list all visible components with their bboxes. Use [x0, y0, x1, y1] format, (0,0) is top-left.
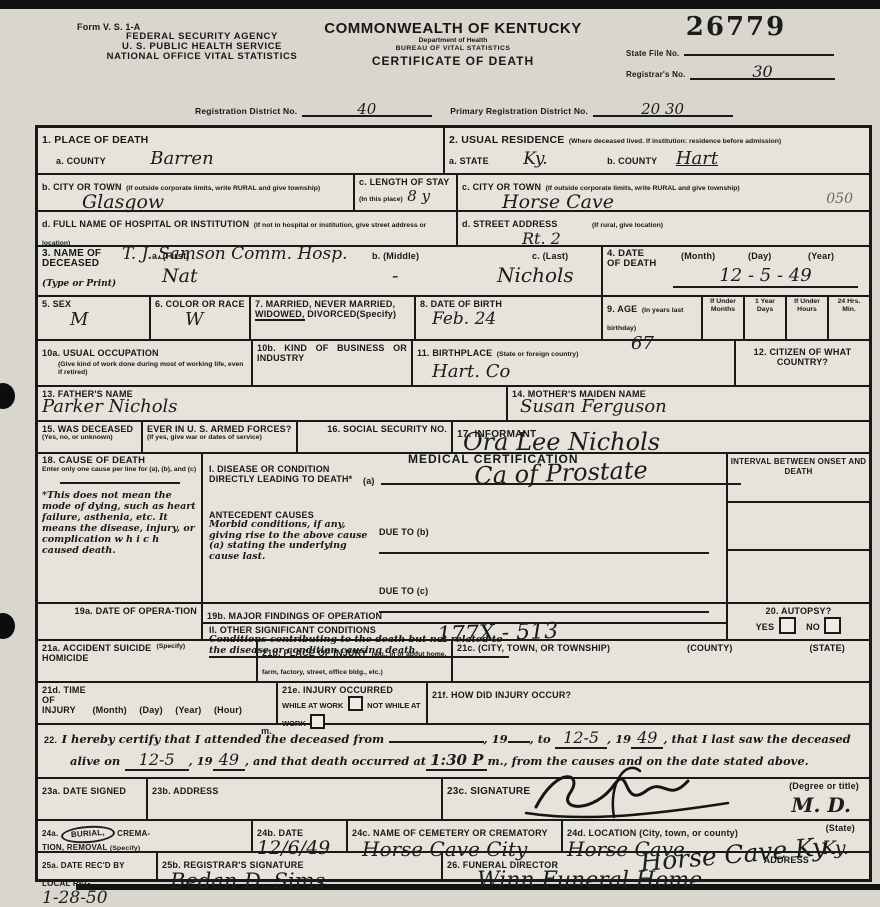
injury-c-county-label: (COUNTY) — [687, 643, 733, 653]
operation-date-label: 19a. DATE OF OPERA-TION — [42, 606, 197, 616]
injury-d-day: (Day) — [139, 705, 163, 715]
interval-column: INTERVAL BETWEEN ONSET AND DEATH — [728, 454, 869, 602]
marital-marked-widowed: WIDOWED, — [255, 309, 305, 321]
registrar-signature-value: Bedan D. Sims — [170, 869, 437, 893]
due-to-b-field — [379, 540, 709, 554]
certify-num: 22. — [44, 735, 57, 745]
primary-district-value: 20 30 — [641, 100, 684, 118]
cause-a-label: (a) — [363, 476, 375, 486]
commonwealth-title: COMMONWEALTH OF KENTUCKY — [303, 20, 603, 37]
last-name-label: c. (Last) — [532, 251, 568, 261]
injury-a-note: (Specify) — [156, 643, 185, 650]
primary-district-field: 20 30 — [593, 100, 733, 117]
last-name-value: Nichols — [497, 263, 574, 287]
received-label: 25a. DATE REC'D BY LOCAL REG. — [42, 861, 125, 888]
county-label: a. COUNTY — [56, 156, 106, 166]
occupation-label: 10a. USUAL OCCUPATION — [42, 348, 159, 358]
cause-a-value: Ca of Prostate — [381, 453, 742, 494]
registration-district-label: Registration District No. — [195, 106, 297, 116]
injury-d-label: 21d. TIME OF INJURY — [42, 685, 88, 715]
state-file-stamp-number: 26779 — [686, 12, 786, 42]
attended-to-value: 12-5 — [555, 728, 607, 749]
date-signed-label: 23a. DATE SIGNED — [42, 786, 126, 796]
injury-f-label: 21f. HOW DID INJURY OCCUR? — [432, 690, 571, 700]
stay-note: (In this place) — [359, 196, 403, 203]
certify-text-2: , 19 — [484, 732, 508, 746]
ssn-label: 16. SOCIAL SECURITY NO. — [302, 424, 447, 434]
injury-a-label: 21a. ACCIDENT SUICIDE HOMICIDE — [42, 643, 152, 663]
armed-forces-label: 15. WAS DECEASED — [42, 424, 137, 434]
certify-text-7: , 19 — [189, 754, 213, 768]
autopsy-yes-label: YES — [756, 622, 775, 632]
field-injury-occurred: 21e. INJURY OCCURRED WHILE AT WORK NOT W… — [278, 683, 428, 723]
autopsy-no-checkbox — [824, 617, 841, 634]
cause-divider — [60, 482, 180, 484]
department-line: Department of Health — [303, 37, 603, 45]
year-col-label: (Year) — [808, 251, 834, 261]
mother-value: Susan Ferguson — [520, 396, 865, 417]
certify-text-8: , and that death occurred at — [245, 754, 426, 768]
degree-value: M. D. — [791, 793, 851, 817]
armed-forces-note: (Yes, no, or unknown) — [42, 434, 137, 442]
field-place-of-death-county: 1. PLACE OF DEATH a. COUNTY Barren — [38, 128, 445, 173]
residence-county-value: Hart — [676, 148, 718, 169]
burial-rest2: TION, REMOVAL — [42, 843, 107, 852]
age-col-days: 1 Year Days — [745, 297, 787, 339]
field-armed-forces: EVER IN U. S. ARMED FORCES? (If yes, giv… — [143, 422, 298, 452]
field-citizen-country: 12. CITIZEN OF WHAT COUNTRY? — [736, 341, 869, 385]
field-burial-cremation-removal: 24a. BURIAL, CREMA- TION, REMOVAL (Speci… — [38, 821, 253, 851]
registration-district-field: 40 — [302, 100, 432, 117]
occupation-note: (Give kind of work done during most of w… — [58, 361, 247, 376]
usual-residence-heading: 2. USUAL RESIDENCE — [449, 134, 564, 146]
autopsy-yes-checkbox — [779, 617, 796, 634]
field-burial-date: 24b. DATE 12/6/49 — [253, 821, 348, 851]
burial-note: (Specify) — [110, 845, 141, 852]
injury-d-month: (Month) — [92, 705, 126, 715]
industry-label: 10b. KIND OF BUSINESS OR INDUSTRY — [257, 343, 407, 363]
field-injury-city-county-state: 21c. (CITY, TOWN, OR TOWNSHIP) (COUNTY) … — [453, 641, 869, 681]
certificate-form: 1. PLACE OF DEATH a. COUNTY Barren 2. US… — [35, 125, 872, 882]
death-certificate-scan: Form V. S. 1-A FEDERAL SECURITY AGENCY U… — [0, 0, 880, 907]
armed-forces-label2: EVER IN U. S. ARMED FORCES? — [147, 424, 292, 434]
residence-state-value: Ky. — [523, 149, 547, 169]
field-date-of-operation: 19a. DATE OF OPERA-TION — [38, 604, 203, 639]
residence-city-code: 050 — [826, 191, 853, 213]
age-col-months: If Under Months — [703, 297, 745, 339]
scan-top-black-bar — [0, 0, 880, 9]
bureau-line: BUREAU OF VITAL STATISTICS — [303, 45, 603, 53]
field-cemetery-name: 24c. NAME OF CEMETERY OR CREMATORY Horse… — [348, 821, 563, 851]
field-business-industry: 10b. KIND OF BUSINESS OR INDUSTRY — [253, 341, 413, 385]
father-value: Parker Nichols — [42, 396, 502, 417]
field-autopsy: 20. AUTOPSY? YES NO — [728, 604, 869, 639]
residence-state-label: a. STATE — [449, 156, 489, 166]
date-of-death-value: 12 - 5 - 49 — [673, 265, 858, 288]
injury-c-state-label: (STATE) — [809, 643, 845, 653]
field-social-security-no: 16. SOCIAL SECURITY NO. — [298, 422, 453, 452]
not-while-at-work-checkbox — [310, 714, 325, 729]
field-length-of-stay: c. LENGTH OF STAY (In this place) 8 y — [355, 175, 458, 210]
to-year-value: 49 — [631, 728, 663, 749]
field-how-injury-occurred: 21f. HOW DID INJURY OCCUR? — [428, 683, 869, 723]
first-name-value: Nat — [162, 265, 198, 287]
field-accident-suicide-homicide: 21a. ACCIDENT SUICIDE HOMICIDE (Specify) — [38, 641, 258, 681]
street-note: (If rural, give location) — [592, 222, 663, 229]
age-col-days-bottom: Days — [745, 306, 785, 314]
race-label: 6. COLOR OR RACE — [155, 299, 245, 309]
field-residence-city: c. CITY OR TOWN (If outside corporate li… — [458, 175, 869, 210]
middle-name-label: b. (Middle) — [372, 251, 419, 261]
field-date-received: 25a. DATE REC'D BY LOCAL REG. 1-28-50 — [38, 853, 158, 879]
field-age: 9. AGE (In years last birthday) 67 — [603, 297, 703, 339]
due-to-c-label: DUE TO (c) — [379, 586, 428, 596]
field-time-of-injury: 21d. TIME OF INJURY (Month) (Day) (Year)… — [38, 683, 278, 723]
injury-d-year: (Year) — [175, 705, 201, 715]
certify-text-4: , 19 — [607, 732, 631, 746]
certify-text-5: , that I last saw the deceased — [663, 732, 850, 746]
name-subnote: (Type or Print) — [42, 279, 152, 289]
first-name-label: a. (First) — [152, 251, 190, 261]
name-heading: 3. NAME OF DECEASED — [42, 249, 152, 269]
birthplace-label: 11. BIRTHPLACE — [417, 348, 492, 358]
age-col-min: 24 Hrs. Min. — [829, 297, 869, 339]
marital-label-rest: DIVORCED(Specify) — [305, 309, 397, 319]
age-under-columns: If Under Months 1 Year Days If Under Hou… — [703, 297, 869, 339]
field-date-of-death: 4. DATE OF DEATH (Month) (Day) (Year) 12… — [603, 247, 869, 295]
injury-d-meridiem: m. — [42, 726, 272, 736]
birth-date-value: Feb. 24 — [432, 309, 597, 329]
field-fathers-name: 13. FATHER'S NAME Parker Nichols — [38, 387, 508, 420]
residence-city-value: Horse Cave — [502, 191, 614, 213]
field-hospital-name: d. FULL NAME OF HOSPITAL OR INSTITUTION … — [38, 212, 458, 245]
residence-county-label: b. COUNTY — [607, 156, 657, 166]
field-registrar-signature: 25b. REGISTRAR'S SIGNATURE Bedan D. Sims — [158, 853, 443, 879]
field-date-of-birth: 8. DATE OF BIRTH Feb. 24 — [416, 297, 603, 339]
armed-forces-note2: (If yes, give war or dates of service) — [147, 434, 292, 442]
field-city-or-town: b. CITY OR TOWN (If outside corporate li… — [38, 175, 355, 210]
stay-label: c. LENGTH OF STAY — [359, 177, 452, 187]
hole-punch-mark — [0, 383, 15, 409]
age-col-months-top: If Under — [703, 298, 743, 306]
age-col-hours: If Under Hours — [787, 297, 829, 339]
street-label: d. STREET ADDRESS — [462, 219, 558, 229]
certificate-title: CERTIFICATE OF DEATH — [303, 54, 603, 68]
autopsy-no-label: NO — [806, 622, 820, 632]
age-col-hours-top: If Under — [787, 298, 827, 306]
field-birthplace: 11. BIRTHPLACE (State or foreign country… — [413, 341, 736, 385]
age-label: 9. AGE — [607, 304, 637, 314]
field-name-of-deceased: 3. NAME OF DECEASED (Type or Print) a. (… — [38, 247, 603, 295]
hole-punch-mark — [0, 613, 15, 639]
field-mothers-maiden-name: 14. MOTHER'S MAIDEN NAME Susan Ferguson — [508, 387, 869, 420]
marital-label-line1: 7. MARRIED, NEVER MARRIED, — [255, 299, 410, 309]
state-file-no-field — [684, 42, 834, 56]
cause-note: Enter only one cause per line for (a), (… — [42, 466, 197, 474]
registrar-no-value: 30 — [752, 62, 772, 81]
signer-address-label: 23b. ADDRESS — [152, 786, 219, 796]
interval-label: INTERVAL BETWEEN ONSET AND DEATH — [728, 454, 869, 503]
hospital-label: d. FULL NAME OF HOSPITAL OR INSTITUTION — [42, 219, 249, 229]
field-cause-of-death-sidebar: 18. CAUSE OF DEATH Enter only one cause … — [38, 454, 203, 602]
while-at-work-checkbox — [348, 696, 363, 711]
registrar-no-field: 30 — [690, 62, 835, 80]
informant-value: Ora Lee Nichols — [463, 428, 660, 456]
cause-a-field: Ca of Prostate — [381, 459, 741, 485]
age-col-months-bottom: Months — [703, 306, 743, 314]
street-value: Rt. 2 — [522, 229, 865, 248]
received-value: 1-28-50 — [42, 888, 152, 907]
state-file-no-label: State File No. — [626, 49, 679, 58]
field-date-signed: 23a. DATE SIGNED — [38, 779, 148, 819]
alive-on-value: 12-5 — [125, 750, 189, 771]
field-sex: 5. SEX M — [38, 297, 151, 339]
field-street-address: d. STREET ADDRESS (If rural, give locati… — [458, 212, 869, 245]
injury-e-opt1-label: WHILE AT WORK — [282, 701, 343, 710]
field-major-findings: 19b. MAJOR FINDINGS OF OPERATION 177X - … — [203, 604, 728, 639]
interval-row-b — [728, 503, 869, 551]
birthplace-value: Hart. Co — [432, 361, 730, 382]
birth-date-label: 8. DATE OF BIRTH — [420, 299, 597, 309]
agency-line-3: NATIONAL OFFICE VITAL STATISTICS — [77, 52, 327, 62]
death-hour-value: 1:30 P — [426, 751, 487, 771]
citizen-label: 12. CITIZEN OF WHAT COUNTRY? — [740, 347, 865, 367]
certify-text-6: alive on — [70, 754, 120, 768]
injury-b-label: 21b. PLACE OF INJURY — [262, 648, 367, 658]
usual-residence-note: (Where deceased lived. If institution: r… — [569, 138, 781, 145]
age-col-hours-bottom: Hours — [787, 306, 827, 314]
day-col-label: (Day) — [748, 251, 772, 261]
burial-rest1: CREMA- — [117, 829, 150, 838]
field-marital-status: 7. MARRIED, NEVER MARRIED, WIDOWED, DIVO… — [251, 297, 416, 339]
field-color-or-race: 6. COLOR OR RACE W — [151, 297, 251, 339]
birthplace-note: (State or foreign country) — [497, 351, 579, 358]
field-usual-occupation: 10a. USUAL OCCUPATION (Give kind of work… — [38, 341, 253, 385]
injury-e-label: 21e. INJURY OCCURRED — [282, 685, 422, 695]
stay-value: 8 y — [407, 187, 430, 205]
burial-circled-word: BURIAL, — [60, 824, 115, 845]
certify-text-3: , to — [530, 732, 551, 746]
burial-num: 24a. — [42, 829, 58, 838]
sex-label: 5. SEX — [42, 299, 145, 309]
injury-c-label: 21c. (CITY, TOWN, OR TOWNSHIP) — [457, 643, 610, 653]
due-to-b-label: DUE TO (b) — [379, 527, 429, 537]
age-col-min-bottom: Min. — [829, 306, 869, 314]
middle-name-value: - — [392, 265, 398, 287]
degree-or-title-label: (Degree or title) — [789, 781, 859, 791]
sex-value: M — [70, 309, 145, 330]
primary-district-label: Primary Registration District No. — [450, 106, 588, 116]
attended-from-field — [389, 729, 484, 743]
place-of-death-heading: 1. PLACE OF DEATH — [42, 134, 148, 146]
field-informant: 17. INFORMANT Ora Lee Nichols — [453, 422, 869, 452]
registrar-no-label: Registrar's No. — [626, 70, 686, 79]
field-usual-residence: 2. USUAL RESIDENCE (Where deceased lived… — [445, 128, 869, 173]
field-place-of-injury: 21b. PLACE OF INJURY (e.g., in or about … — [258, 641, 453, 681]
month-col-label: (Month) — [681, 251, 715, 261]
medical-certification-area: MEDICAL CERTIFICATION I. DISEASE OR COND… — [203, 454, 728, 602]
findings-label: 19b. MAJOR FINDINGS OF OPERATION — [207, 611, 382, 621]
form-header: Form V. S. 1-A FEDERAL SECURITY AGENCY U… — [35, 18, 866, 122]
county-value: Barren — [150, 148, 213, 169]
registration-district-value: 40 — [357, 100, 376, 118]
age-col-days-top: 1 Year — [745, 298, 785, 306]
cause-label: 18. CAUSE OF DEATH — [42, 456, 197, 466]
alive-year-value: 49 — [213, 750, 245, 771]
field-was-deceased: 15. WAS DECEASED (Yes, no, or unknown) — [38, 422, 143, 452]
burial-state-label: (State) — [826, 823, 855, 833]
cause-footnote: *This does not mean the mode of dying, s… — [42, 490, 197, 556]
field-signer-address: 23b. ADDRESS — [148, 779, 443, 819]
autopsy-label: 20. AUTOPSY? — [732, 606, 865, 616]
injury-d-hour: (Hour) — [214, 705, 242, 715]
from-year-field — [508, 729, 530, 743]
city-value: Glasgow — [82, 191, 349, 213]
age-col-min-top: 24 Hrs. — [829, 298, 869, 306]
race-value: W — [185, 309, 245, 330]
field-physician-signature: 23c. SIGNATURE (Degree or title) M. D. — [443, 779, 869, 819]
date-of-death-heading: 4. DATE OF DEATH — [607, 249, 659, 269]
physician-signature-scrawl — [518, 763, 748, 821]
